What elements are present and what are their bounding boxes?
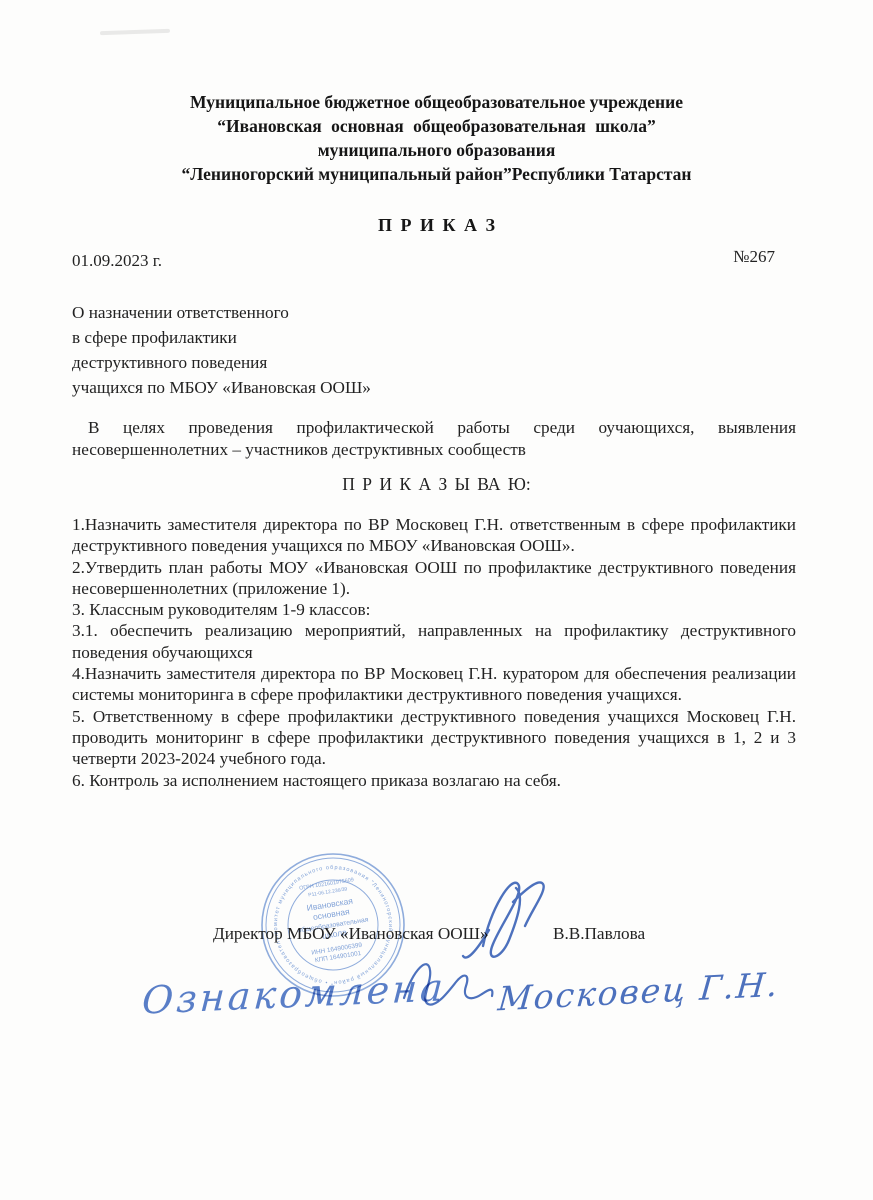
- date-row: 01.09.2023 г. №267: [72, 251, 775, 271]
- order-item: 2.Утвердить план работы МОУ «Ивановская …: [72, 557, 796, 600]
- subject-line: учащихся по МБОУ «Ивановская ООШ»: [72, 375, 371, 400]
- order-item: 1.Назначить заместителя директора по ВР …: [72, 514, 796, 557]
- resolve-heading: П Р И К А З Ы ВА Ю:: [0, 474, 873, 495]
- letterhead: Муниципальное бюджетное общеобразователь…: [0, 90, 873, 186]
- scanned-order-document: Муниципальное бюджетное общеобразователь…: [0, 0, 873, 1200]
- order-title: П Р И К А З: [0, 215, 873, 236]
- order-item: 5. Ответственному в сфере профилактики д…: [72, 706, 796, 770]
- letterhead-line: “Ивановская основная общеобразовательная…: [0, 114, 873, 138]
- order-items: 1.Назначить заместителя директора по ВР …: [72, 514, 796, 791]
- subject-line: в сфере профилактики: [72, 325, 371, 350]
- order-date: 01.09.2023 г.: [72, 251, 162, 271]
- scan-smudge: [100, 29, 170, 35]
- intro-paragraph: В целях проведения профилактической рабо…: [72, 417, 796, 460]
- order-item: 6. Контроль за исполнением настоящего пр…: [72, 770, 796, 791]
- order-item: 3. Классным руководителям 1-9 классов:: [72, 599, 796, 620]
- subject-line: деструктивного поведения: [72, 350, 371, 375]
- subject-line: О назначении ответственного: [72, 300, 371, 325]
- letterhead-line: “Лениногорский муниципальный район”Респу…: [0, 162, 873, 186]
- letterhead-line: муниципального образования: [0, 138, 873, 162]
- order-item: 4.Назначить заместителя директора по ВР …: [72, 663, 796, 706]
- letterhead-line: Муниципальное бюджетное общеобразователь…: [0, 90, 873, 114]
- handwritten-acknowledger-name: Московец Г.Н.: [496, 965, 781, 1019]
- director-name: В.В.Павлова: [553, 924, 645, 944]
- acknowledger-signature: [398, 950, 498, 1015]
- order-number: №267: [733, 247, 775, 271]
- order-subject: О назначении ответственного в сфере проф…: [72, 300, 371, 400]
- order-item: 3.1. обеспечить реализацию мероприятий, …: [72, 620, 796, 663]
